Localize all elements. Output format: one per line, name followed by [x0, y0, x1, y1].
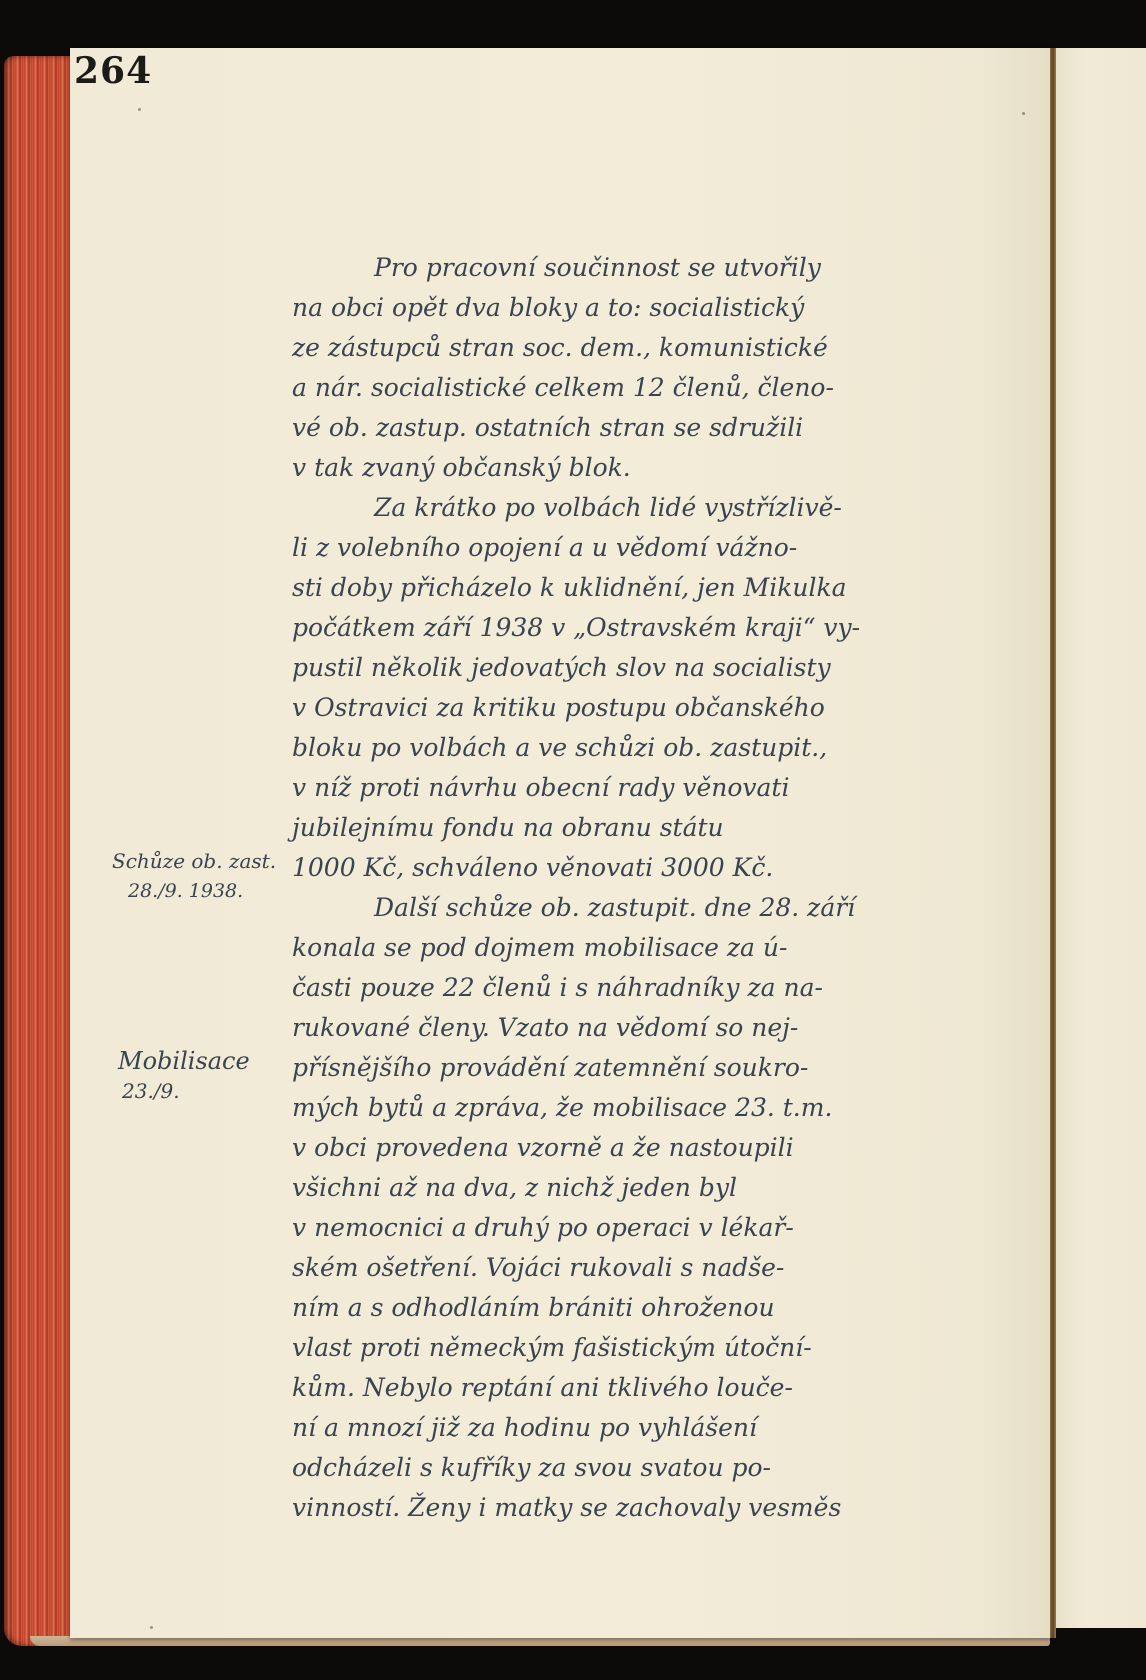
text-line: 1000 Kč, schváleno věnovati 3000 Kč.: [292, 848, 952, 888]
text-line: li z volebního opojení a u vědomí vážno-: [292, 528, 952, 568]
margin-note-mobilization: Mobilisace 23./9.: [118, 1046, 250, 1106]
text-line: vinností. Ženy i matky se zachovaly vesm…: [292, 1488, 952, 1528]
book-page-edges: [4, 56, 72, 1646]
text-line: přísnějšího provádění zatemnění soukro-: [292, 1048, 952, 1088]
text-line: časti pouze 22 členů i s náhradníky za n…: [292, 968, 952, 1008]
text-line: ze zástupců stran soc. dem., komunistick…: [292, 328, 952, 368]
text-line: vé ob. zastup. ostatních stran se sdruži…: [292, 408, 952, 448]
text-line: všichni až na dva, z nichž jeden byl: [292, 1168, 952, 1208]
paper-speck: [138, 108, 141, 111]
text-line: ní a mnozí již za hodinu po vyhlášení: [292, 1408, 952, 1448]
margin-note-title: Schůze ob. zast.: [112, 846, 276, 876]
text-line: odcházeli s kufříky za svou svatou po-: [292, 1448, 952, 1488]
right-page: [1056, 48, 1146, 1628]
text-line: mých bytů a zpráva, že mobilisace 23. t.…: [292, 1088, 952, 1128]
paper-speck: [150, 1626, 153, 1629]
text-line: Za krátko po volbách lidé vystřízlivě-: [292, 488, 952, 528]
margin-note-council-meeting: Schůze ob. zast. 28./9. 1938.: [112, 846, 276, 906]
text-line: Další schůze ob. zastupit. dne 28. září: [292, 888, 952, 928]
margin-note-date: 23./9.: [118, 1076, 250, 1106]
text-line: v Ostravici za kritiku postupu občanskéh…: [292, 688, 952, 728]
handwritten-body-text: Pro pracovní součinnost se utvořily na o…: [292, 248, 952, 1528]
text-line: kům. Nebylo reptání ani tklivého louče-: [292, 1368, 952, 1408]
book-gutter: [1050, 48, 1056, 1638]
text-line: ském ošetření. Vojáci rukovali s nadše-: [292, 1248, 952, 1288]
text-line: na obci opět dva bloky a to: socialistic…: [292, 288, 952, 328]
text-line: v tak zvaný občanský blok.: [292, 448, 952, 488]
text-line: sti doby přicházelo k uklidnění, jen Mik…: [292, 568, 952, 608]
text-line: počátkem září 1938 v „Ostravském kraji“ …: [292, 608, 952, 648]
margin-note-title: Mobilisace: [118, 1046, 250, 1076]
page-number: 264: [74, 50, 152, 92]
text-line: a nár. socialistické celkem 12 členů, čl…: [292, 368, 952, 408]
paper-speck: [1022, 112, 1025, 115]
text-line: vlast proti německým fašistickým útoční-: [292, 1328, 952, 1368]
text-line: jubilejnímu fondu na obranu státu: [292, 808, 952, 848]
text-line: ním a s odhodláním brániti ohroženou: [292, 1288, 952, 1328]
text-line: v níž proti návrhu obecní rady věnovati: [292, 768, 952, 808]
text-line: pustil několik jedovatých slov na social…: [292, 648, 952, 688]
margin-note-date: 28./9. 1938.: [112, 876, 276, 906]
text-line: bloku po volbách a ve schůzi ob. zastupi…: [292, 728, 952, 768]
text-line: Pro pracovní součinnost se utvořily: [292, 248, 952, 288]
text-line: rukované členy. Vzato na vědomí so nej-: [292, 1008, 952, 1048]
text-line: v nemocnici a druhý po operaci v lékař-: [292, 1208, 952, 1248]
text-line: konala se pod dojmem mobilisace za ú-: [292, 928, 952, 968]
text-line: v obci provedena vzorně a že nastoupili: [292, 1128, 952, 1168]
